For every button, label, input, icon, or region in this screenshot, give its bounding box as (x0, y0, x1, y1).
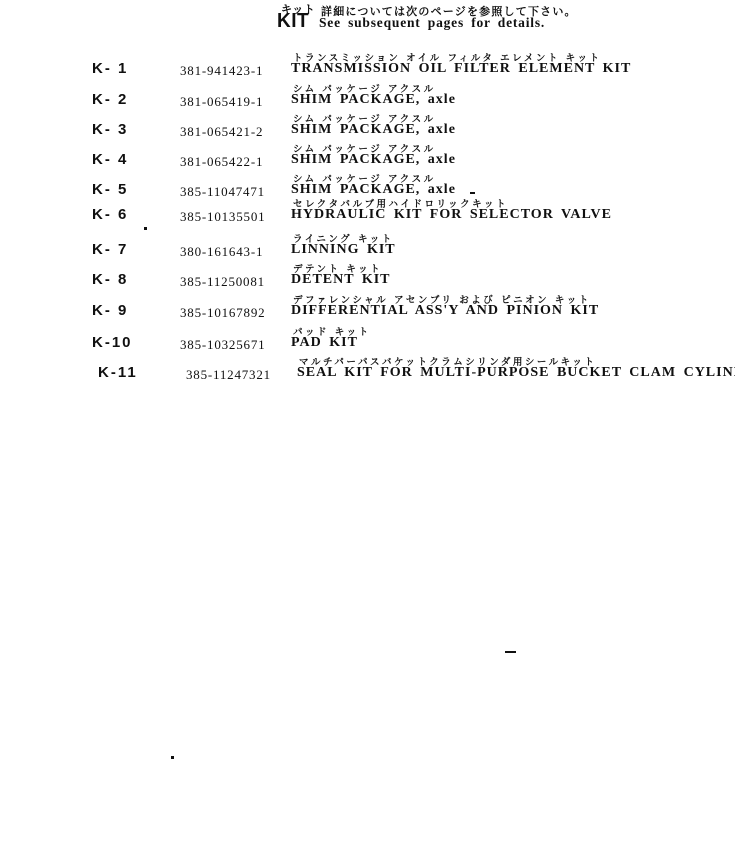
part-number: 381-065419-1 (180, 95, 263, 108)
kit-row: パッド キット K-10 385-10325671 PAD KIT (0, 324, 735, 352)
scan-speck (144, 227, 147, 230)
kit-description: LINNING KIT (291, 243, 396, 257)
kit-row: デファレンシャル アセンブリ および ピニオン キット K- 9 385-101… (0, 292, 735, 320)
kit-row: ライニング キット K- 7 380-161643-1 LINNING KIT (0, 231, 735, 259)
kit-row: トランスミッション オイル フィルタ エレメント キット K- 1 381-94… (0, 50, 735, 78)
kit-number: K-11 (98, 366, 138, 380)
kit-number: K- 8 (92, 273, 128, 287)
part-number: 385-11247321 (186, 368, 271, 381)
kit-description: SHIM PACKAGE, axle (291, 123, 456, 137)
kit-description: SHIM PACKAGE, axle (291, 153, 456, 167)
kit-number: K- 6 (92, 208, 128, 222)
kit-description: SHIM PACKAGE, axle (291, 93, 456, 107)
kit-number: K- 5 (92, 183, 128, 197)
scan-speck (171, 756, 174, 759)
kit-row: セレクタバルブ用ハイドロリックキット K- 6 385-10135501 HYD… (0, 196, 735, 224)
part-number: 380-161643-1 (180, 245, 263, 258)
kit-description: DIFFERENTIAL ASS'Y AND PINION KIT (291, 304, 599, 318)
kit-row: シム パッケージ アクスル K- 2 381-065419-1 SHIM PAC… (0, 81, 735, 109)
kit-description: PAD KIT (291, 336, 358, 350)
stray-dash-mark (505, 651, 516, 653)
kit-number: K- 7 (92, 243, 128, 257)
kit-row: シム パッケージ アクスル K- 4 381-065422-1 SHIM PAC… (0, 141, 735, 169)
part-number: 385-10135501 (180, 210, 265, 223)
kit-number: K- 3 (92, 123, 128, 137)
scan-speck (470, 192, 475, 194)
kit-row: シム パッケージ アクスル K- 3 381-065421-2 SHIM PAC… (0, 111, 735, 139)
part-number: 385-11250081 (180, 275, 265, 288)
kit-number: K- 9 (92, 304, 128, 318)
part-number: 381-065422-1 (180, 155, 263, 168)
part-number: 385-10167892 (180, 306, 265, 319)
part-number: 385-10325671 (180, 338, 265, 351)
kit-row: シム パッケージ アクスル K- 5 385-11047471 SHIM PAC… (0, 171, 735, 199)
kit-description: HYDRAULIC KIT FOR SELECTOR VALVE (291, 208, 612, 222)
parts-catalog-page: キット KIT 詳細については次のページを参照して下さい。 See subseq… (0, 0, 735, 844)
kit-number: K- 4 (92, 153, 128, 167)
kit-note-english: See subsequent pages for details. (319, 15, 545, 31)
kit-row: デテント キット K- 8 385-11250081 DETENT KIT (0, 261, 735, 289)
kit-row: マルチパーパスバケットクラムシリンダ用シールキット K-11 385-11247… (6, 354, 735, 382)
kit-description: SEAL KIT FOR MULTI-PURPOSE BUCKET CLAM C… (297, 366, 735, 380)
kit-description: SHIM PACKAGE, axle (291, 183, 456, 197)
kit-description: DETENT KIT (291, 273, 391, 287)
kit-number: K-10 (92, 336, 133, 350)
kit-number: K- 2 (92, 93, 128, 107)
part-number: 381-941423-1 (180, 64, 263, 77)
kit-number: K- 1 (92, 62, 128, 76)
kit-description: TRANSMISSION OIL FILTER ELEMENT KIT (291, 62, 631, 76)
part-number: 381-065421-2 (180, 125, 263, 138)
kit-title: KIT (277, 10, 309, 33)
